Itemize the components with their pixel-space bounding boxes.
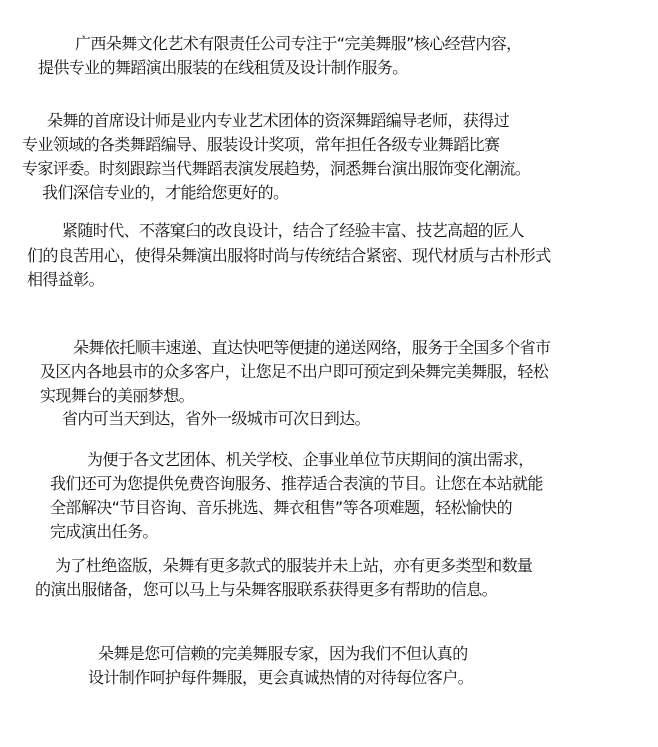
text-line: 省内可当天到达，省外一级城市可次日到达。 <box>62 408 370 430</box>
text-line: 专家评委。时刻跟踪当代舞蹈表演发展趋势，洞悉舞台演出服饰变化潮流。 <box>22 158 530 180</box>
text-line: 提供专业的舞蹈演出服装的在线租赁及设计制作服务。 <box>38 57 408 79</box>
text-line: 实现舞台的美丽梦想。 <box>40 385 194 407</box>
text-line: 朵舞的首席设计师是业内专业艺术团体的资深舞蹈编导老师，获得过 <box>47 110 509 132</box>
text-line: 的演出服储备，您可以马上与朵舞客服联系获得更多有帮助的信息。 <box>35 579 497 601</box>
text-line: 全部解决“节目咨询、音乐挑选、舞衣租售”等各项难题，轻松愉快的 <box>50 497 512 519</box>
text-line: 我们还可为您提供免费咨询服务、推荐适合表演的节目。让您在本站就能 <box>50 473 543 495</box>
text-line: 紧随时代、不落窠臼的改良设计，结合了经验丰富、技艺高超的匠人 <box>62 220 524 242</box>
text-line: 设计制作呵护每件舞服，更会真诚热情的对待每位客户。 <box>88 667 473 689</box>
text-line: 完成演出任务。 <box>50 521 158 543</box>
text-line: 专业领域的各类舞蹈编导、服装设计奖项，常年担任各级专业舞蹈比赛 <box>22 134 499 156</box>
text-line: 相得益彰。 <box>27 269 104 291</box>
text-line: 及区内各地县市的众多客户，让您足不出户即可预定到朵舞完美舞服，轻松 <box>40 361 548 383</box>
text-line: 为便于各文艺团体、机关学校、企事业单位节庆期间的演出需求， <box>87 449 534 471</box>
text-line: 们的良苦用心，使得朵舞演出服将时尚与传统结合紧密、现代材质与古朴形式 <box>27 245 551 267</box>
text-line: 我们深信专业的，才能给您更好的。 <box>42 182 288 204</box>
text-line: 为了杜绝盗版，朵舞有更多款式的服装并未上站，亦有更多类型和数量 <box>55 555 532 577</box>
text-line: 朵舞依托顺丰速递、直达快吧等便捷的递送网络，服务于全国多个省市 <box>73 337 550 359</box>
text-line: 朵舞是您可信赖的完美舞服专家，因为我们不但认真的 <box>98 643 468 665</box>
text-line: 广西朵舞文化艺术有限责任公司专注于“完美舞服”核心经营内容， <box>75 33 522 55</box>
